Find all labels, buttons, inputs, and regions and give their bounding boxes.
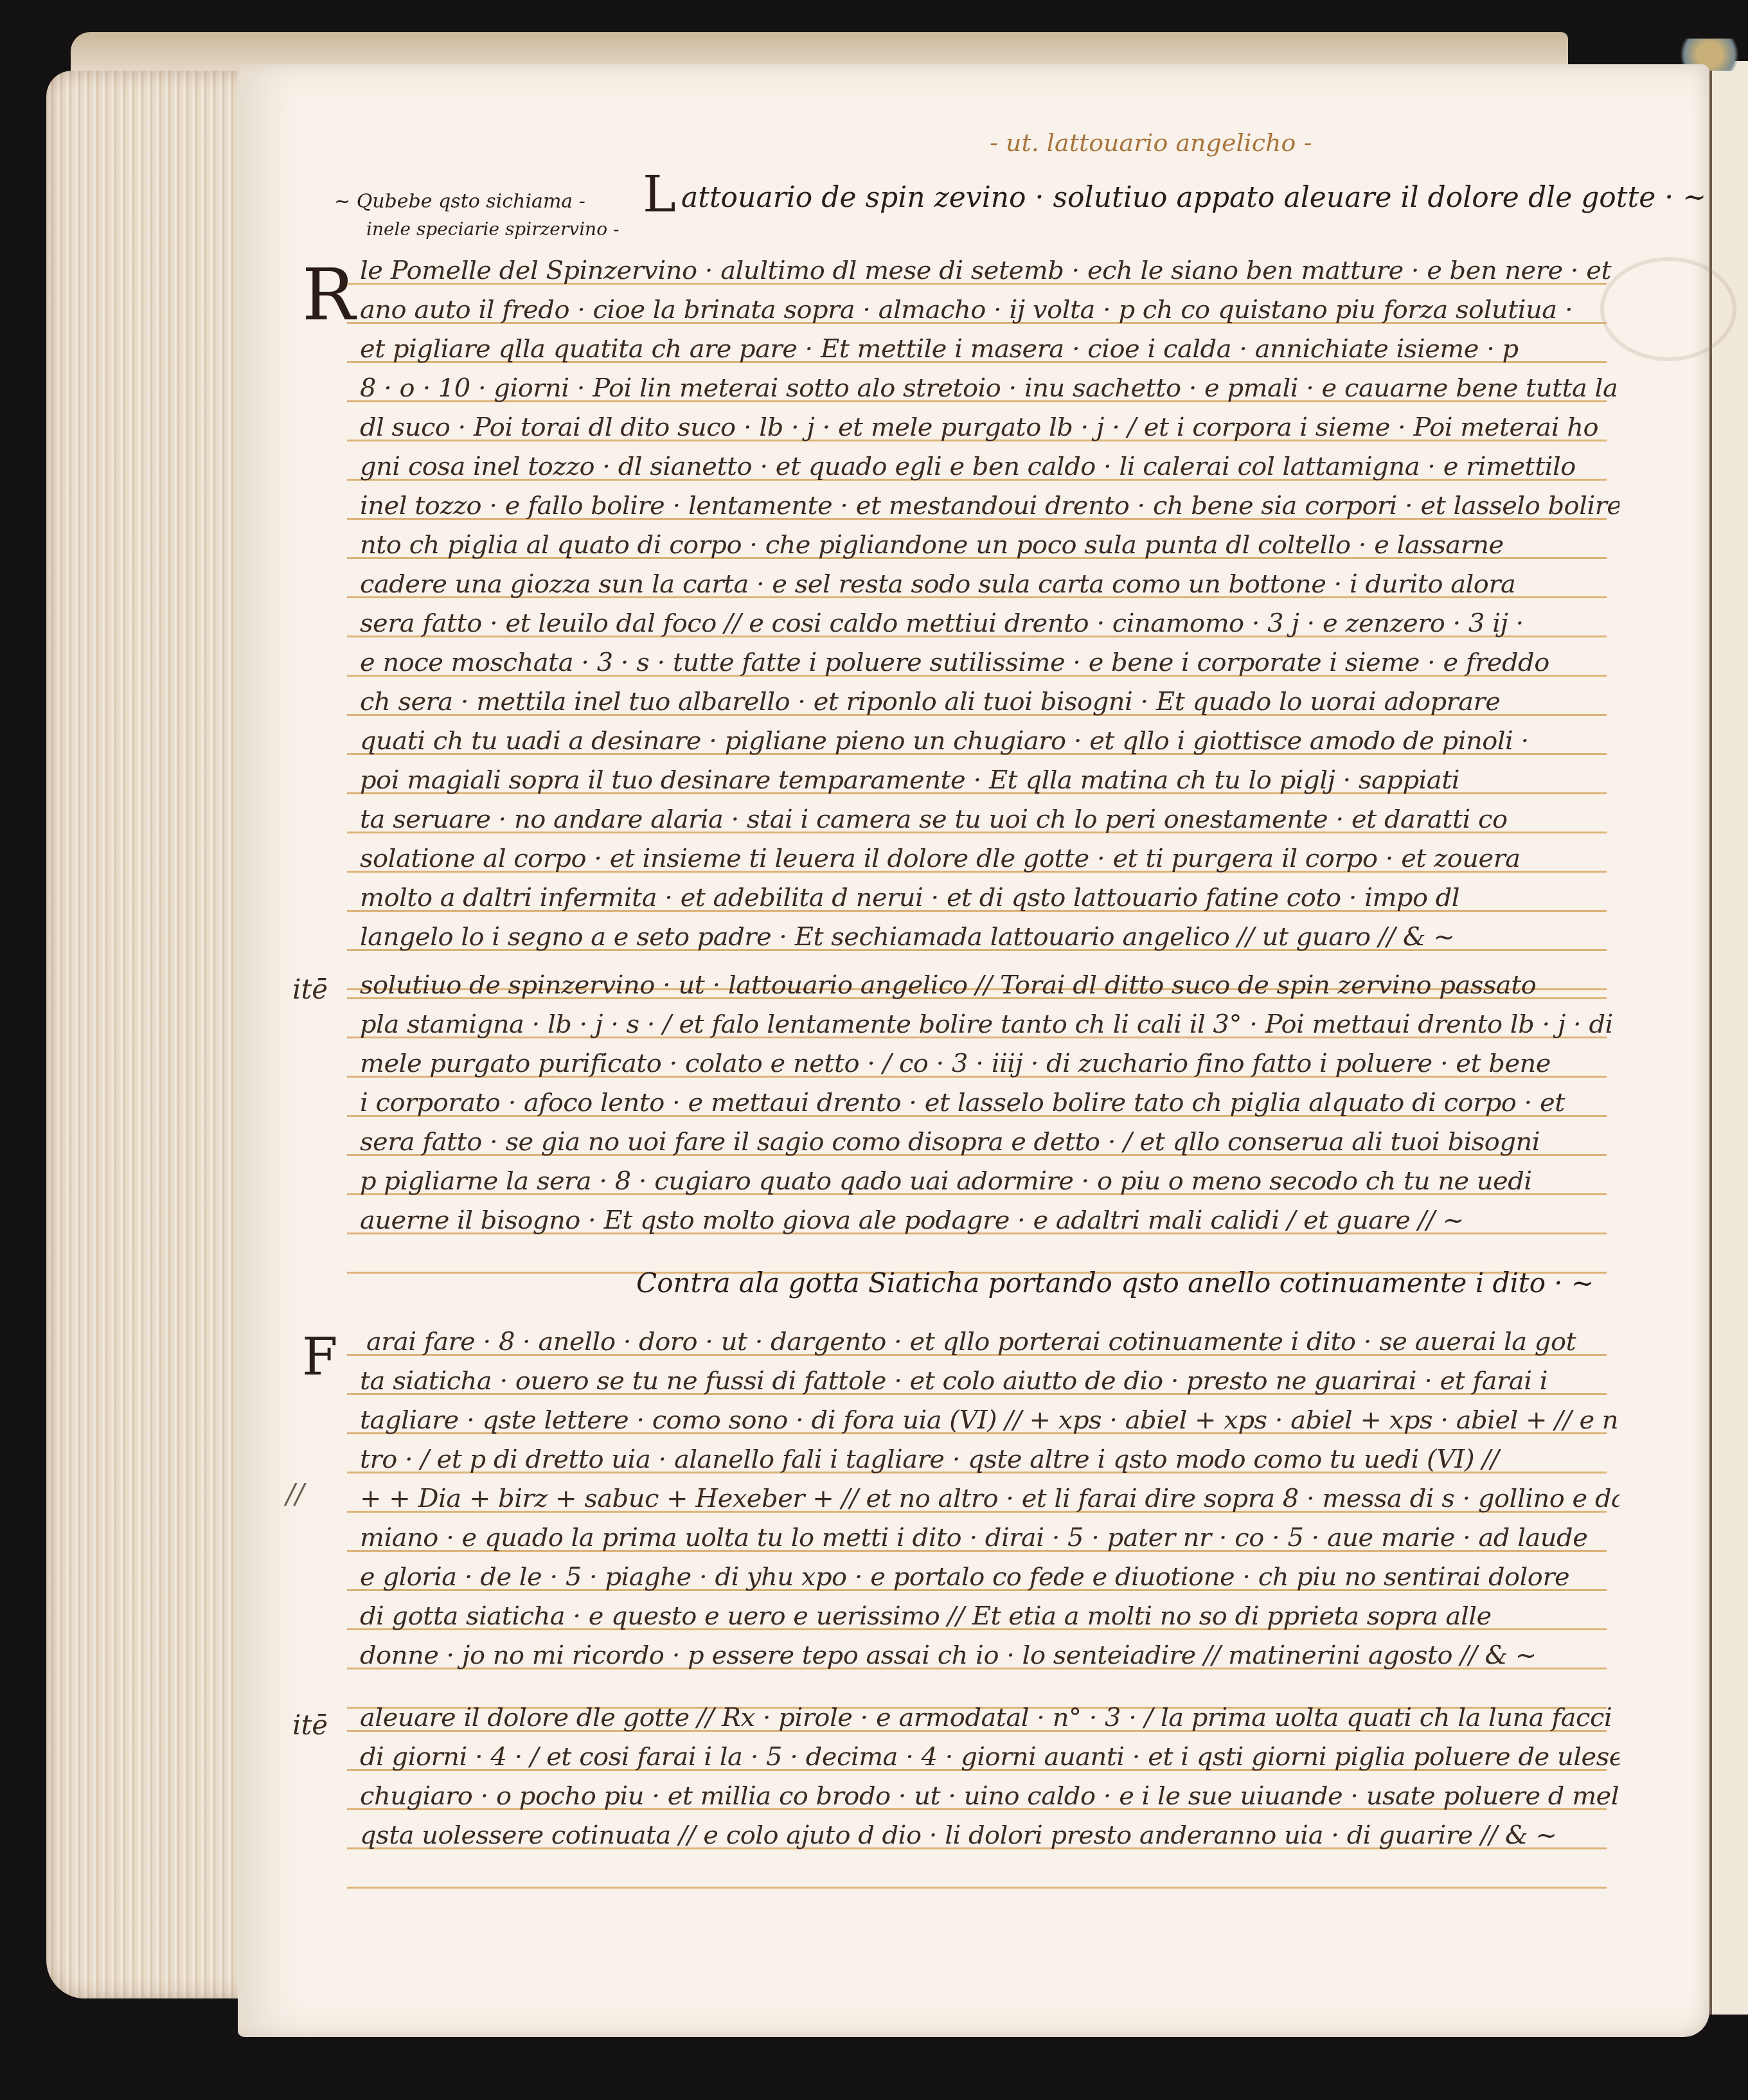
manuscript-line: pla stamigna · lb · j · s · / et falo le… (360, 1010, 1619, 1039)
manuscript-line: ano auto il fredo · cioe la brinata sopr… (360, 295, 1619, 325)
manuscript-line: sera fatto · se gia no uoi fare il sagio… (360, 1127, 1619, 1157)
manuscript-line: poi magiali sopra il tuo desinare tempar… (360, 765, 1619, 795)
section4-margin-mark: itē (292, 1709, 328, 1741)
left-note-line1: ~ Qubebe qsto sichiama - (334, 190, 585, 213)
recipe-title: attouario de spin zevino · solutiuo appa… (681, 181, 1706, 214)
manuscript-line: chugiaro · o pocho piu · et millia co br… (360, 1781, 1619, 1811)
manuscript-line: auerne il bisogno · Et qsto molto giova … (360, 1206, 1619, 1235)
manuscript-line: + + Dia + birz + sabuc + Hexeber + // et… (360, 1484, 1619, 1513)
manuscript-line: p pigliarne la sera · 8 · cugiaro quato … (360, 1166, 1619, 1196)
manuscript-line: dl suco · Poi torai dl dito suco · lb · … (360, 413, 1619, 442)
manuscript-line: ch sera · mettila inel tuo albarello · e… (360, 687, 1619, 716)
manuscript-line: di gotta siaticha · e questo e uero e ue… (360, 1601, 1619, 1631)
facing-page-edge (1709, 61, 1748, 2015)
manuscript-line: quati ch tu uadi a desinare · pigliane p… (360, 726, 1619, 756)
manuscript-line: le Pomelle del Spinzervino · alultimo dl… (360, 256, 1619, 285)
left-note-line2: inele speciarie spirzervino - (366, 218, 619, 240)
manuscript-line: sera fatto · et leuilo dal foco // e cos… (360, 609, 1619, 638)
manuscript-line: inel tozzo · e fallo bolire · lentamente… (360, 491, 1619, 521)
page-stack-edge (46, 71, 252, 1998)
manuscript-line: di giorni · 4 · / et cosi farai i la · 5… (360, 1742, 1619, 1772)
manuscript-line: tagliare · qste lettere · como sono · di… (360, 1405, 1619, 1435)
manuscript-line: 8 · o · 10 · giorni · Poi lin meterai so… (360, 373, 1619, 403)
title-initial: L (643, 166, 676, 224)
manuscript-line: cadere una giozza sun la carta · e sel r… (360, 569, 1619, 599)
section3-initial: F (302, 1327, 338, 1387)
manuscript-line: solatione al corpo · et insieme ti leuer… (360, 844, 1619, 873)
manuscript-line: qsta uolessere cotinuata // e colo ajuto… (360, 1820, 1619, 1850)
manuscript-line: e noce moschata · 3 · s · tutte fatte i … (360, 648, 1619, 677)
manuscript-line: solutiuo de spinzervino · ut · lattouari… (360, 970, 1619, 1000)
manuscript-line: nto ch piglia al quato di corpo · che pi… (360, 530, 1619, 560)
manuscript-line: mele purgato purificato · colato e netto… (360, 1049, 1619, 1078)
manuscript-line: molto a daltri infermita · et adebilita … (360, 883, 1619, 912)
manuscript-line: donne · jo no mi ricordo · p essere tepo… (360, 1641, 1619, 1670)
show-through-initial (1600, 257, 1736, 361)
manuscript-line: ta siaticha · ouero se tu ne fussi di fa… (360, 1366, 1619, 1396)
subheading: Contra ala gotta Siaticha portando qsto … (636, 1267, 1594, 1299)
manuscript-line: aleuare il dolore dle gotte // Rx · piro… (360, 1703, 1619, 1732)
manuscript-line: langelo lo i segno a e seto padre · Et s… (360, 922, 1619, 952)
section3-margin-mark: // (286, 1478, 304, 1509)
ruling-line (347, 1887, 1607, 1889)
manuscript-line: e gloria · de le · 5 · piaghe · di yhu x… (360, 1562, 1619, 1592)
manuscript-line: et pigliare qlla quatita ch are pare · E… (360, 334, 1619, 364)
manuscript-line: ta seruare · no andare alaria · stai i c… (360, 805, 1619, 834)
manuscript-line: i corporato · afoco lento · e mettaui dr… (360, 1088, 1619, 1117)
section2-margin-mark: itē (292, 974, 328, 1005)
manuscript-line: tro · / et p di dretto uia · alanello fa… (360, 1445, 1619, 1474)
manuscript-line: gni cosa inel tozzo · dl sianetto · et q… (360, 452, 1619, 481)
top-rubric: - ut. lattouario angelicho - (990, 129, 1312, 157)
manuscript-line: miano · e quado la prima uolta tu lo met… (360, 1523, 1619, 1553)
manuscript-line: arai fare · 8 · anello · doro · ut · dar… (366, 1327, 1626, 1357)
